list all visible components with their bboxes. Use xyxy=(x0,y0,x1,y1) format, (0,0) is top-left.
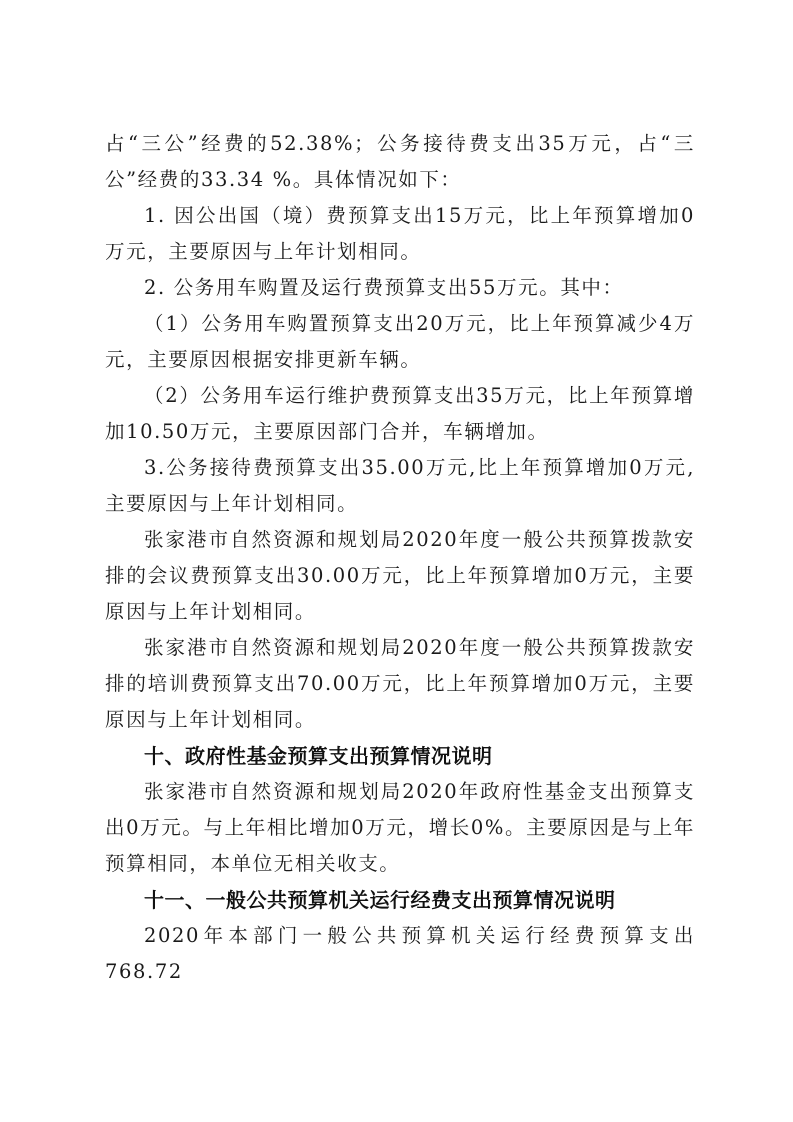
paragraph-sangong-share: 占“三公”经费的52.38%；公务接待费支出35万元，占“三公”经费的33.34… xyxy=(105,126,695,198)
paragraph-meeting-fee: 张家港市自然资源和规划局2020年度一般公共预算拨款安排的会议费预算支出30.0… xyxy=(105,522,695,630)
paragraph-vehicle-total: 2. 公务用车购置及运行费预算支出55万元。其中： xyxy=(105,270,695,306)
paragraph-vehicle-purchase: （1）公务用车购置预算支出20万元，比上年预算减少4万元，主要原因根据安排更新车… xyxy=(105,306,695,378)
paragraph-overseas-travel: 1. 因公出国（境）费预算支出15万元，比上年预算增加0万元，主要原因与上年计划… xyxy=(105,198,695,270)
paragraph-government-fund: 张家港市自然资源和规划局2020年政府性基金支出预算支出0万元。与上年相比增加0… xyxy=(105,774,695,882)
paragraph-reception: 3.公务接待费预算支出35.00万元,比上年预算增加0万元,主要原因与上年计划相… xyxy=(105,450,695,522)
section-heading-11: 十一、一般公共预算机关运行经费支出预算情况说明 xyxy=(105,882,695,918)
document-page: 占“三公”经费的52.38%；公务接待费支出35万元，占“三公”经费的33.34… xyxy=(105,126,695,990)
paragraph-training-fee: 张家港市自然资源和规划局2020年度一般公共预算拨款安排的培训费预算支出70.0… xyxy=(105,630,695,738)
paragraph-operating-expenses: 2020年本部门一般公共预算机关运行经费预算支出768.72 xyxy=(105,918,695,990)
paragraph-vehicle-operation: （2）公务用车运行维护费预算支出35万元，比上年预算增加10.50万元，主要原因… xyxy=(105,378,695,450)
section-heading-10: 十、政府性基金预算支出预算情况说明 xyxy=(105,738,695,774)
